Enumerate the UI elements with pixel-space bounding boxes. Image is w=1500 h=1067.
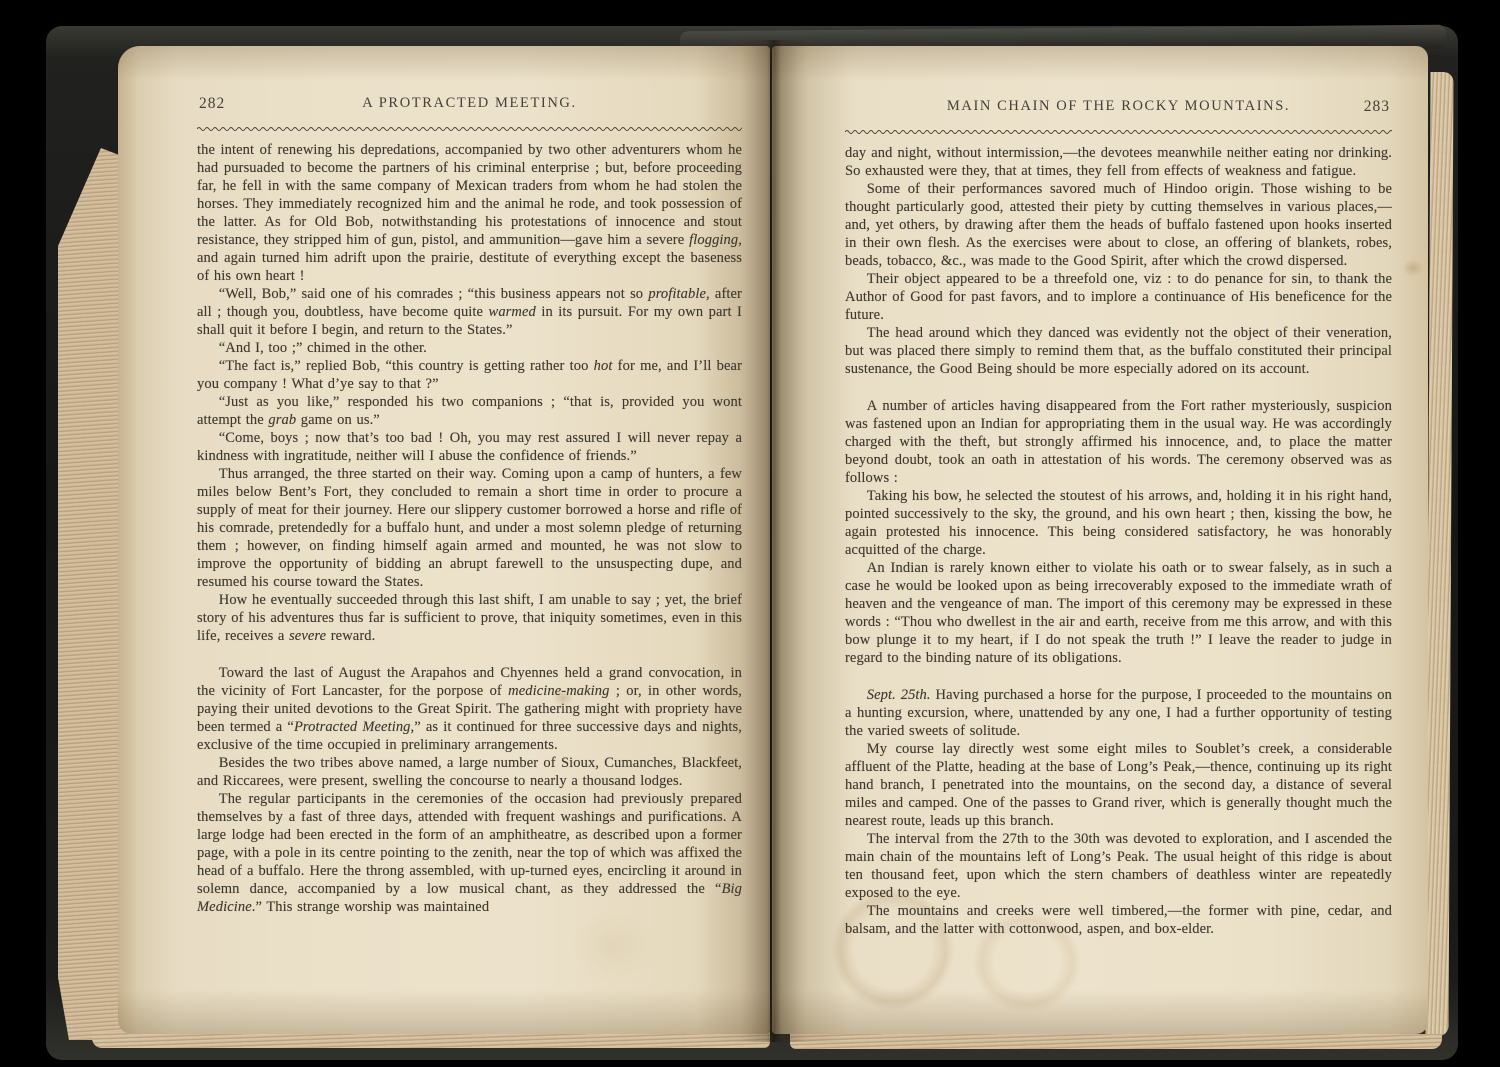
- paragraph: Besides the two tribes above named, a la…: [197, 754, 742, 790]
- paragraph: Thus arranged, the three started on thei…: [197, 465, 742, 591]
- paragraph: An Indian is rarely known either to viol…: [845, 559, 1392, 667]
- paragraph: the intent of renewing his depredations,…: [197, 141, 742, 285]
- right-page-content: MAIN CHAIN OF THE ROCKY MOUNTAINS. 283 d…: [772, 46, 1428, 1034]
- paragraph: Taking his bow, he selected the stoutest…: [845, 487, 1392, 559]
- text-run: Their object appeared to be a threefold …: [845, 271, 1392, 323]
- text-run: “Well, Bob,” said one of his comrades ; …: [219, 286, 649, 302]
- right-page: MAIN CHAIN OF THE ROCKY MOUNTAINS. 283 d…: [772, 46, 1428, 1034]
- italic-text-run: medicine-making: [508, 683, 609, 699]
- italic-text-run: Sept. 25th.: [867, 687, 931, 703]
- page-number: 283: [1364, 98, 1390, 116]
- paragraph: My course lay directly west some eight m…: [845, 740, 1392, 830]
- text-run: My course lay directly west some eight m…: [845, 741, 1392, 829]
- paragraph: The regular participants in the ceremoni…: [197, 790, 742, 916]
- text-run: How he eventually succeeded through this…: [197, 592, 742, 644]
- italic-text-run: flogging: [689, 232, 738, 248]
- paragraph: Toward the last of August the Arapahos a…: [197, 664, 742, 754]
- paragraph: Sept. 25th. Having purchased a horse for…: [845, 686, 1392, 740]
- running-header: MAIN CHAIN OF THE ROCKY MOUNTAINS. 283: [845, 98, 1392, 120]
- photo-background: 282 A PROTRACTED MEETING. the intent of …: [0, 0, 1500, 1067]
- running-title: MAIN CHAIN OF THE ROCKY MOUNTAINS.: [845, 98, 1392, 115]
- text-run: The interval from the 27th to the 30th w…: [845, 831, 1392, 901]
- text-run: The head around which they danced was ev…: [845, 325, 1392, 377]
- text-run: day and night, without intermission,—the…: [845, 145, 1392, 179]
- paragraph: How he eventually succeeded through this…: [197, 591, 742, 645]
- paragraph: “And I, too ;” chimed in the other.: [197, 339, 742, 357]
- text-run: Some of their performances savored much …: [845, 181, 1392, 269]
- italic-text-run: hot: [594, 358, 613, 374]
- italic-text-run: profitable: [648, 286, 706, 302]
- text-run: The regular participants in the ceremoni…: [197, 791, 742, 897]
- text-run: Thus arranged, the three started on thei…: [197, 466, 742, 590]
- page-number: 282: [199, 95, 225, 113]
- italic-text-run: grab: [268, 412, 296, 428]
- paragraph: “The fact is,” replied Bob, “this countr…: [197, 357, 742, 393]
- italic-text-run: Protracted Meeting: [294, 719, 411, 735]
- page-edges-bottom-left: [92, 1032, 770, 1048]
- text-run: “The fact is,” replied Bob, “this countr…: [219, 358, 594, 374]
- running-title: A PROTRACTED MEETING.: [197, 95, 742, 112]
- italic-text-run: severe: [289, 628, 326, 644]
- page-body-text: the intent of renewing his depredations,…: [197, 141, 742, 916]
- paragraph: “Well, Bob,” said one of his comrades ; …: [197, 285, 742, 339]
- text-run: An Indian is rarely known either to viol…: [845, 560, 1392, 666]
- page-body-text: day and night, without intermission,—the…: [845, 144, 1392, 938]
- running-header: 282 A PROTRACTED MEETING.: [197, 95, 742, 117]
- paragraph: A number of articles having disappeared …: [845, 397, 1392, 487]
- italic-text-run: warmed: [489, 304, 536, 320]
- text-run: the intent of renewing his depredations,…: [197, 142, 742, 248]
- paragraph: day and night, without intermission,—the…: [845, 144, 1392, 180]
- paragraph: “Come, boys ; now that’s too bad ! Oh, y…: [197, 429, 742, 465]
- paragraph: Their object appeared to be a threefold …: [845, 270, 1392, 324]
- text-run: game on us.”: [296, 412, 380, 428]
- left-page-content: 282 A PROTRACTED MEETING. the intent of …: [118, 46, 770, 1034]
- text-run: A number of articles having disappeared …: [845, 398, 1392, 486]
- left-page: 282 A PROTRACTED MEETING. the intent of …: [118, 46, 770, 1034]
- page-edges-bottom-right: [790, 1034, 1442, 1049]
- paragraph: The interval from the 27th to the 30th w…: [845, 830, 1392, 902]
- text-run: “Come, boys ; now that’s too bad ! Oh, y…: [197, 430, 742, 464]
- text-run: The mountains and creeks were well timbe…: [845, 903, 1392, 937]
- paragraph: “Just as you like,” responded his two co…: [197, 393, 742, 429]
- paragraph: Some of their performances savored much …: [845, 180, 1392, 270]
- text-run: .” This strange worship was maintained: [252, 899, 489, 915]
- text-run: Taking his bow, he selected the stoutest…: [845, 488, 1392, 558]
- paragraph: The head around which they danced was ev…: [845, 324, 1392, 378]
- wavy-rule: [197, 124, 742, 131]
- paragraph: The mountains and creeks were well timbe…: [845, 902, 1392, 938]
- wavy-rule: [845, 127, 1392, 134]
- text-run: Besides the two tribes above named, a la…: [197, 755, 742, 789]
- text-run: reward.: [326, 628, 375, 644]
- text-run: “And I, too ;” chimed in the other.: [219, 340, 427, 356]
